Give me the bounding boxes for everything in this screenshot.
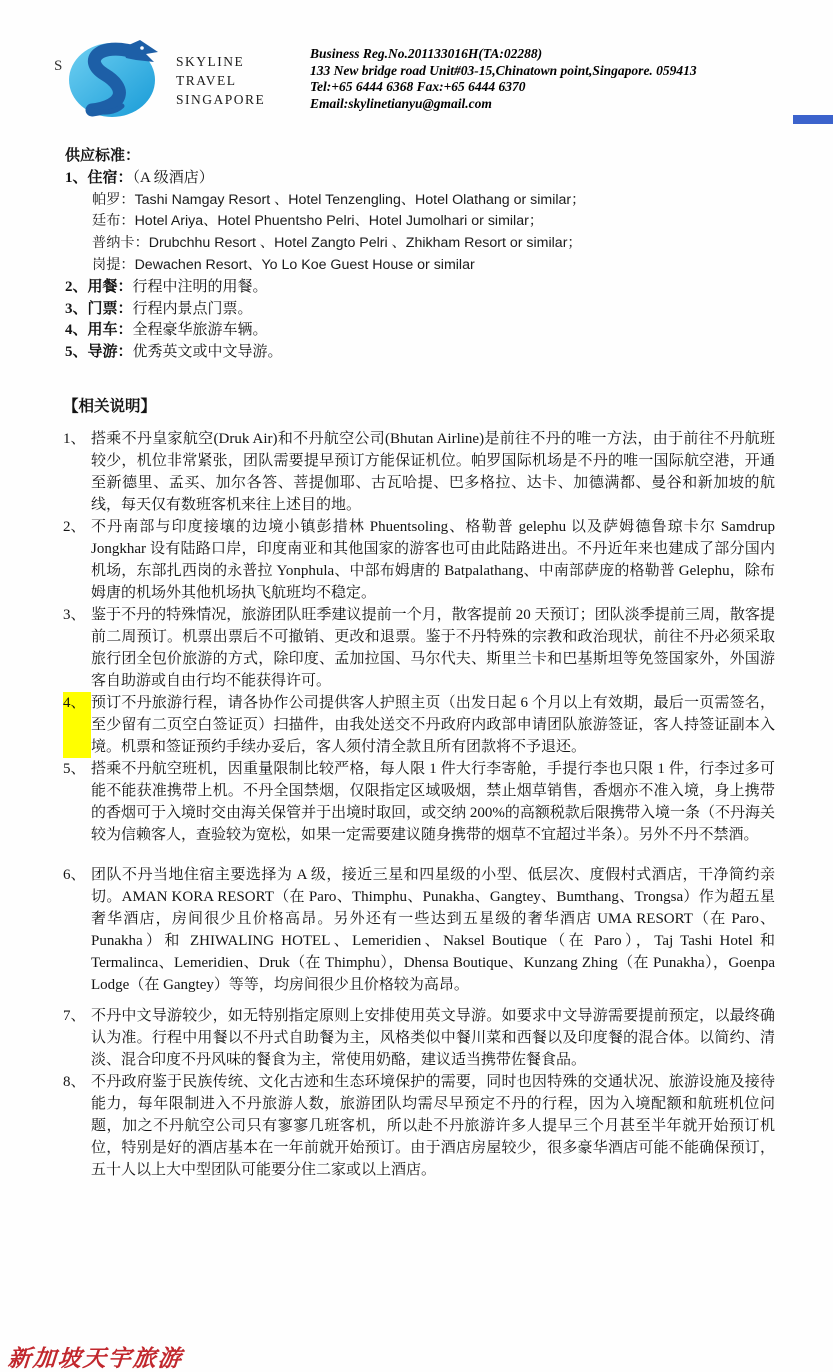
blue-accent-bar [793,115,833,124]
document-page: S SKYLINE TRAVEL SINGAPORE Busi [0,0,833,1372]
footer-brand-calligraphy: 新加坡天宇旅游 [7,1340,184,1372]
note-number-3: 3、 [63,604,91,692]
note-item-7: 7、 不丹中文导游较少，如无特别指定原则上安排使用英文导游。如要求中文导游需要提… [63,1005,775,1071]
supply-item-tickets-label: 3、门票： [65,301,133,317]
hotel-line-punakha: 普纳卡：Drubchhu Resort 、Hotel Zangto Pelri … [65,233,775,255]
company-address: 133 New bridge road Unit#03-15,Chinatown… [310,63,780,80]
supply-item-guide-text: 优秀英文或中文导游。 [133,344,283,360]
supply-item-vehicle-text: 全程豪华旅游车辆。 [133,322,268,338]
note-text-2: 不丹南部与印度接壤的边境小镇彭措林 Phuentsoling、格勒普 gelep… [91,516,775,604]
supply-item-vehicle: 4、用车：全程豪华旅游车辆。 [65,320,775,342]
company-name-line2: TRAVEL [176,71,284,90]
note-item-8: 8、 不丹政府鉴于民族传统、文化古迹和生态环境保护的需要，同时也因特殊的交通状况… [63,1071,775,1181]
business-registration: Business Reg.No.201133016H(TA:02288) [310,46,780,63]
supply-item-meals-text: 行程中注明的用餐。 [133,279,268,295]
note-number-8: 8、 [63,1071,91,1181]
tel-fax: Tel:+65 6444 6368 Fax:+65 6444 6370 [310,79,780,96]
note-text-6: 团队不丹当地住宿主要选择为 A 级，接近三星和四星级的小型、低层次、度假村式酒店… [91,864,775,996]
company-logo: S [58,36,170,120]
skyline-dragon-logo-icon [66,36,166,120]
note-text-5: 搭乘不丹航空班机，因重量限制比较严格，每人限 1 件大行李寄舱，手提行李也只限 … [91,758,775,846]
hotel-line-thimphu: 廷布：Hotel Ariya、Hotel Phuentsho Pelri、Hot… [65,211,775,233]
supply-item-guide: 5、导游：优秀英文或中文导游。 [65,342,775,364]
note-item-1: 1、 搭乘不丹皇家航空(Druk Air)和不丹航空公司(Bhutan Airl… [63,428,775,516]
note-item-3: 3、 鉴于不丹的特殊情况，旅游团队旺季建议提前一个月，散客提前 20 天预订；团… [63,604,775,692]
supply-standards-title: 供应标准： [65,146,775,168]
letterhead: S SKYLINE TRAVEL SINGAPORE Busi [58,0,833,120]
company-name-line1: SKYLINE [176,52,284,71]
note-item-2: 2、 不丹南部与印度接壤的边境小镇彭措林 Phuentsoling、格勒普 ge… [63,516,775,604]
supply-item-vehicle-label: 4、用车： [65,322,133,338]
supply-item-tickets: 3、门票：行程内景点门票。 [65,299,775,321]
note-number-1: 1、 [63,428,91,516]
company-contact-block: Business Reg.No.201133016H(TA:02288) 133… [310,46,780,120]
supply-item-lodging-label: 1、住宿： [65,170,133,186]
supply-item-meals-label: 2、用餐： [65,279,133,295]
hotel-line-gangtey: 岗提：Dewachen Resort、Yo Lo Koe Guest House… [65,255,775,277]
logo-stray-letter: S [54,58,62,75]
note-text-3: 鉴于不丹的特殊情况，旅游团队旺季建议提前一个月，散客提前 20 天预订；团队淡季… [91,604,775,692]
company-name-line3: SINGAPORE [176,90,284,109]
note-item-6: 6、 团队不丹当地住宿主要选择为 A 级，接近三星和四星级的小型、低层次、度假村… [63,864,775,996]
hotel-line-paro: 帕罗：Tashi Namgay Resort 、Hotel Tenzenglin… [65,190,775,212]
related-notes-title: 【相关说明】 [63,394,833,416]
supply-item-lodging-text: （A 级酒店） [133,170,214,186]
supply-item-lodging: 1、住宿：（A 级酒店） [65,168,775,190]
supply-item-tickets-text: 行程内景点门票。 [133,301,253,317]
note-item-5: 5、 搭乘不丹航空班机，因重量限制比较严格，每人限 1 件大行李寄舱，手提行李也… [63,758,775,846]
supply-item-guide-label: 5、导游： [65,344,133,360]
company-email: Email:skylinetianyu@gmail.com [310,96,780,113]
note-number-2: 2、 [63,516,91,604]
note-number-6: 6、 [63,864,91,996]
supply-standards-section: 供应标准： 1、住宿：（A 级酒店） 帕罗：Tashi Namgay Resor… [65,146,775,364]
note-text-7: 不丹中文导游较少，如无特别指定原则上安排使用英文导游。如要求中文导游需要提前预定… [91,1005,775,1071]
supply-item-meals: 2、用餐：行程中注明的用餐。 [65,277,775,299]
note-number-5: 5、 [63,758,91,846]
note-text-1: 搭乘不丹皇家航空(Druk Air)和不丹航空公司(Bhutan Airline… [91,428,775,516]
note-text-4: 预订不丹旅游行程，请各协作公司提供客人护照主页（出发日起 6 个月以上有效期，最… [91,692,775,758]
note-number-4-highlighted: 4、 [63,692,91,758]
note-item-4: 4、 预订不丹旅游行程，请各协作公司提供客人护照主页（出发日起 6 个月以上有效… [63,692,775,758]
note-number-7: 7、 [63,1005,91,1071]
company-name: SKYLINE TRAVEL SINGAPORE [176,52,284,120]
note-text-8: 不丹政府鉴于民族传统、文化古迹和生态环境保护的需要，同时也因特殊的交通状况、旅游… [91,1071,775,1181]
